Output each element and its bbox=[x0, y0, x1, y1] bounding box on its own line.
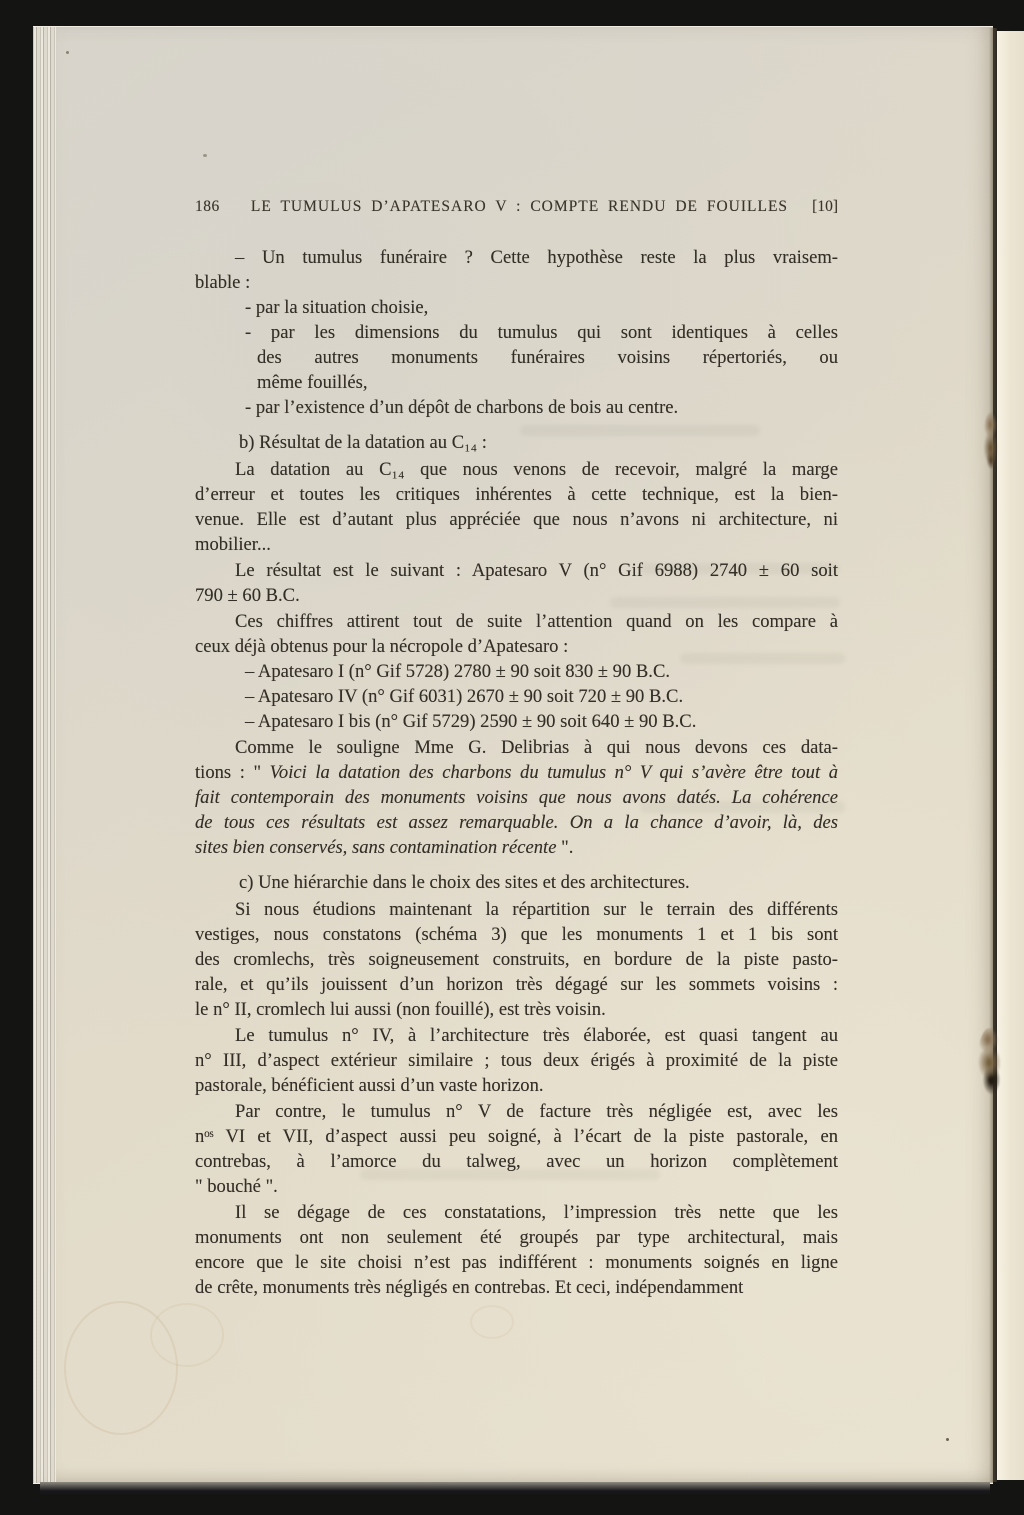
paragraph: Si nous étudions maintenant la répartiti… bbox=[195, 897, 838, 1022]
text-line: même fouillés, bbox=[257, 370, 838, 395]
page-fore-edge bbox=[33, 27, 56, 1483]
paragraph: La datation au C₁₄ que nous venons de re… bbox=[195, 457, 838, 557]
gutter-crease bbox=[989, 28, 997, 1482]
text-line: La datation au C₁₄ que nous venons de re… bbox=[195, 457, 838, 482]
paragraph: Le résultat est le suivant : Apatesaro V… bbox=[195, 558, 838, 608]
text-line: Si nous étudions maintenant la répartiti… bbox=[195, 897, 838, 922]
list-item-dating: – Apatesaro I (n° Gif 5728) 2780 ± 90 so… bbox=[195, 659, 838, 684]
foxing-stain bbox=[150, 1303, 224, 1367]
text-line: – Apatesaro I (n° Gif 5728) 2780 ± 90 so… bbox=[257, 659, 838, 684]
text-line: Comme le souligne Mme G. Delibrias à qui… bbox=[195, 735, 838, 760]
text-line: pastorale, bénéficient aussi d’un vaste … bbox=[195, 1073, 838, 1098]
running-header-title: LE TUMULUS D’APATESARO V : COMPTE RENDU … bbox=[249, 197, 790, 217]
text-line: blable : bbox=[195, 270, 838, 295]
text-line: – Un tumulus funéraire ? Cette hypothèse… bbox=[195, 245, 838, 270]
text-line: " bouché ". bbox=[195, 1174, 838, 1199]
text-line: Le tumulus n° IV, à l’architecture très … bbox=[195, 1023, 838, 1048]
section-heading-c: c) Une hiérarchie dans le choix des site… bbox=[195, 870, 838, 895]
text-line: de tous ces résultats est assez remarqua… bbox=[195, 810, 838, 835]
paragraph-quote: Comme le souligne Mme G. Delibrias à qui… bbox=[195, 735, 838, 860]
page-number: 186 bbox=[195, 197, 249, 217]
text-block: 186 LE TUMULUS D’APATESARO V : COMPTE RE… bbox=[195, 197, 838, 1300]
text-line: - par l’existence d’un dépôt de charbons… bbox=[257, 395, 838, 420]
text-line: d’erreur et toutes les critiques inhéren… bbox=[195, 482, 838, 507]
text-line: des autres monuments funéraires voisins … bbox=[257, 345, 838, 370]
paragraph: – Un tumulus funéraire ? Cette hypothèse… bbox=[195, 245, 838, 295]
text-line: sites bien conservés, sans contamination… bbox=[195, 835, 838, 860]
text-line: Il se dégage de ces constatations, l’imp… bbox=[195, 1200, 838, 1225]
text-line: ceux déjà obtenus pour la nécropole d’Ap… bbox=[195, 634, 838, 659]
text-line: n° III, d’aspect extérieur similaire ; t… bbox=[195, 1048, 838, 1073]
text-line: c) Une hiérarchie dans le choix des site… bbox=[239, 870, 838, 895]
list-item-dating: – Apatesaro IV (n° Gif 6031) 2670 ± 90 s… bbox=[195, 684, 838, 709]
paragraph: Par contre, le tumulus n° V de facture t… bbox=[195, 1099, 838, 1199]
foxing-stain bbox=[470, 1305, 514, 1339]
text-line: – Apatesaro IV (n° Gif 6031) 2670 ± 90 s… bbox=[257, 684, 838, 709]
paragraph: Ces chiffres attirent tout de suite l’at… bbox=[195, 609, 838, 659]
list-item-dating: – Apatesaro I bis (n° Gif 5729) 2590 ± 9… bbox=[195, 709, 838, 734]
text-line: tions : " Voici la datation des charbons… bbox=[195, 760, 838, 785]
paper-speck bbox=[66, 51, 69, 54]
paragraph: Le tumulus n° IV, à l’architecture très … bbox=[195, 1023, 838, 1098]
text-line: nᵒˢ VI et VII, d’aspect aussi peu soigné… bbox=[195, 1124, 838, 1149]
text-line: des cromlechs, très soigneusement constr… bbox=[195, 947, 838, 972]
gutter-stain bbox=[983, 412, 998, 470]
text-line: vestiges, nous constatons (schéma 3) que… bbox=[195, 922, 838, 947]
text-line: le n° II, cromlech lui aussi (non fouill… bbox=[195, 997, 838, 1022]
text-line: venue. Elle est d’autant plus appréciée … bbox=[195, 507, 838, 532]
text-line: - par les dimensions du tumulus qui sont… bbox=[257, 320, 838, 345]
text-line: - par la situation choisie, bbox=[257, 295, 838, 320]
list-item: - par les dimensions du tumulus qui sont… bbox=[195, 320, 838, 395]
text-line: Le résultat est le suivant : Apatesaro V… bbox=[195, 558, 838, 583]
text-line: Par contre, le tumulus n° V de facture t… bbox=[195, 1099, 838, 1124]
text-line: monuments ont non seulement été groupés … bbox=[195, 1225, 838, 1250]
list-item: - par la situation choisie, bbox=[195, 295, 838, 320]
text-line: Ces chiffres attirent tout de suite l’at… bbox=[195, 609, 838, 634]
text-line: b) Résultat de la datation au C₁₄ : bbox=[239, 430, 838, 455]
text-line: encore que le site choisi n’est pas indi… bbox=[195, 1250, 838, 1275]
text-line: rale, et qu’ils jouissent d’un horizon t… bbox=[195, 972, 838, 997]
book-page: 186 LE TUMULUS D’APATESARO V : COMPTE RE… bbox=[33, 26, 993, 1484]
next-page-edge bbox=[997, 31, 1024, 1480]
scan-background: { "colors": { "background": "#141412", "… bbox=[0, 0, 1024, 1515]
text-line: mobilier... bbox=[195, 532, 838, 557]
paper-speck bbox=[946, 1438, 949, 1441]
paragraph: Il se dégage de ces constatations, l’imp… bbox=[195, 1200, 838, 1300]
list-item: - par l’existence d’un dépôt de charbons… bbox=[195, 395, 838, 420]
text-line: – Apatesaro I bis (n° Gif 5729) 2590 ± 9… bbox=[257, 709, 838, 734]
section-heading-b: b) Résultat de la datation au C₁₄ : bbox=[195, 430, 838, 455]
gutter-stain bbox=[977, 1028, 1002, 1100]
text-line: 790 ± 60 B.C. bbox=[195, 583, 838, 608]
running-header: 186 LE TUMULUS D’APATESARO V : COMPTE RE… bbox=[195, 197, 838, 217]
text-line: fait contemporain des monuments voisins … bbox=[195, 785, 838, 810]
folio-number: [10] bbox=[790, 197, 838, 217]
text-line: contrebas, à l’amorce du talweg, avec un… bbox=[195, 1149, 838, 1174]
text-line: de crête, monuments très négligés en con… bbox=[195, 1275, 838, 1300]
page-bottom-shadow bbox=[40, 1482, 990, 1494]
paper-speck bbox=[203, 154, 207, 157]
